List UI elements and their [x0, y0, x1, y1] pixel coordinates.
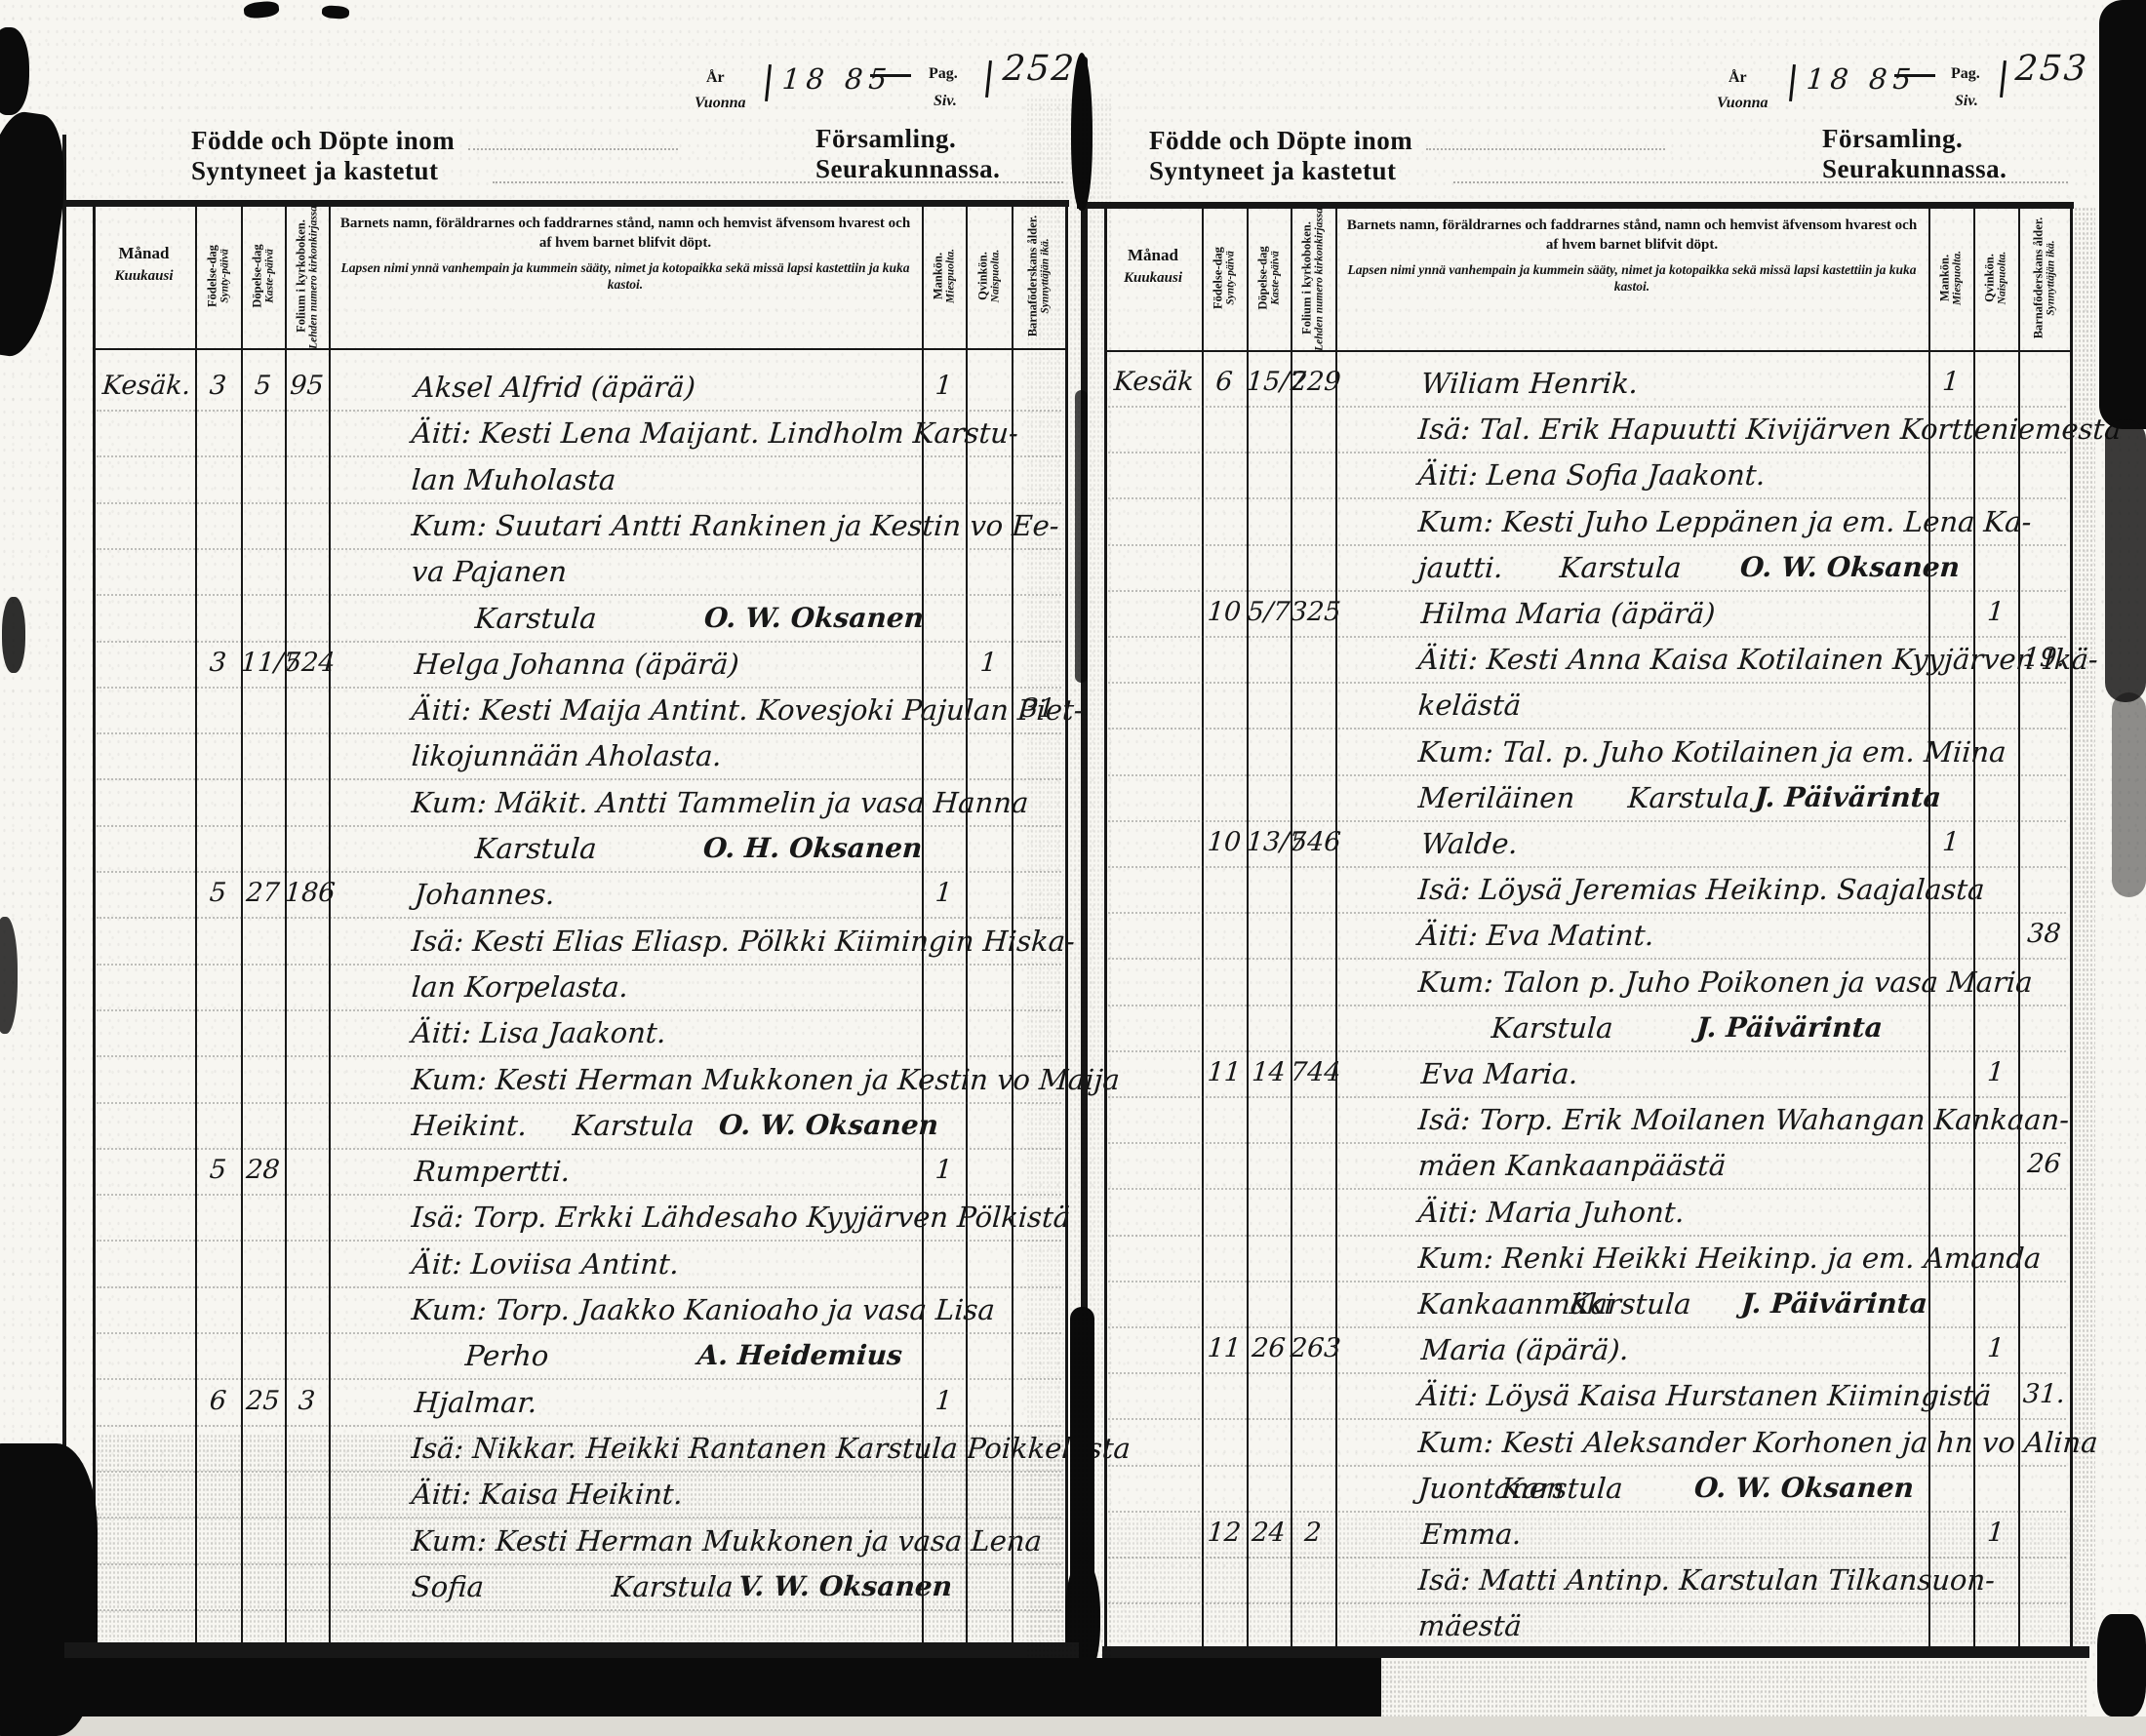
ruled-line	[97, 1009, 1061, 1011]
year-label-finnish: Vuonna	[695, 96, 745, 111]
table-column-line	[1335, 202, 1337, 1648]
ruled-line	[1108, 406, 2066, 408]
table-header-separator	[1104, 350, 2070, 352]
entry-baptism-day: 27	[240, 878, 286, 908]
entry-text-line: Isä: Löysä Jeremias Heikinp. Saajalasta	[1417, 873, 1986, 906]
ruled-line	[97, 871, 1061, 873]
entry-baptism-day: 15/7	[1246, 367, 1292, 397]
scan-artifact	[2099, 0, 2146, 429]
entry-male-mark: 1	[1927, 827, 1974, 857]
column-header-rotated: Födelse-dagSynty-päivä	[1202, 210, 1247, 346]
ruled-line	[1108, 912, 2066, 914]
column-header-rotated-text: Födelse-dagSynty-päivä	[205, 203, 231, 349]
entry-text-line: Äiti: Löysä Kaisa Hurstanen Kiimingistä	[1417, 1379, 1992, 1412]
table-column-line	[1247, 202, 1249, 1648]
column-header-sv: Barnets namn, föräldrarnes och faddrarne…	[1345, 216, 1919, 255]
entry-text-line: Karstula	[572, 1109, 695, 1142]
parish-heading-swedish: Församling.	[815, 125, 956, 153]
column-header-fi: Lapsen nimi ynnä vanhempain ja kummein s…	[1345, 261, 1919, 295]
brace-glyph	[2000, 60, 2007, 98]
ruled-line	[1108, 544, 2066, 546]
entry-text-line: Äiti: Maria Juhont.	[1417, 1196, 1686, 1229]
entry-text-line: Äiti: Kesti Maija Antint. Kovesjoki Paju…	[411, 693, 1085, 727]
table-column-line	[1291, 202, 1292, 1648]
column-header-fi: Kuukausi	[1104, 272, 1202, 285]
ruled-line	[97, 687, 1061, 689]
scan-artifact	[322, 5, 350, 20]
pen-stroke	[1894, 74, 1935, 77]
entry-text-line: Rumpertti.	[414, 1155, 572, 1188]
column-header-fi: Lehden numero kirkonkirjassa.	[1314, 205, 1327, 351]
entry-folio-number: 524	[284, 648, 330, 678]
table-column-line	[329, 200, 331, 1644]
table-bottom-border	[64, 1642, 1079, 1658]
page-label-swedish: Pag.	[929, 66, 958, 82]
column-header-fi: Lapsen nimi ynnä vanhempain ja kummein s…	[338, 259, 912, 293]
entry-text-line: Isä: Kesti Elias Eliasp. Pölkki Kiimingi…	[411, 925, 1076, 958]
entry-text-line: Äiti: Kesti Anna Kaisa Kotilainen Kyyjär…	[1417, 643, 2099, 676]
entry-birth-day: 5	[194, 1155, 242, 1185]
entry-baptism-day: 14	[1246, 1057, 1292, 1087]
scan-artifact	[2105, 419, 2146, 702]
entry-male-mark: 1	[921, 371, 967, 401]
entry-birth-day: 10	[1201, 827, 1248, 857]
parish-heading-swedish: Församling.	[1822, 125, 1963, 153]
column-header-fi: Naispuolta.	[989, 203, 1002, 349]
entry-text-line: Kum: Mäkit. Antti Tammelin ja vasa Hanna	[411, 786, 1030, 819]
scan-artifact	[2097, 1614, 2146, 1716]
scan-noise	[1026, 98, 1112, 1658]
scan-artifact	[243, 0, 279, 20]
entry-birth-day: 11	[1201, 1057, 1248, 1087]
column-header-sv: Barnaföderskans ålder.	[2031, 205, 2045, 351]
column-header-fi: Miespuolta.	[944, 203, 957, 349]
entry-text-line: Kum: Kesti Juho Leppänen ja em. Lena Ka-	[1417, 505, 2033, 538]
entry-text-line: Karstula	[1490, 1011, 1614, 1045]
column-header-rotated-text: Folium i kyrkoboken.Lehden numero kirkon…	[294, 203, 320, 349]
entry-folio-number: 263	[1290, 1333, 1336, 1363]
column-header-fi: Kaste-päivä	[1269, 205, 1282, 351]
entry-text-line: Isä: Torp. Erik Moilanen Wahangan Kankaa…	[1417, 1103, 2070, 1136]
entry-mother-age: 38	[2017, 919, 2071, 949]
entry-text-line: lan Muholasta	[411, 463, 617, 496]
scan-artifact	[2112, 692, 2146, 897]
year-value: 18 85	[1806, 62, 1918, 96]
entry-signature: J. Päivärinta	[1740, 1287, 1928, 1320]
column-header-sv: Månad	[93, 247, 195, 260]
entry-baptism-day: 5	[240, 371, 286, 401]
ruled-line	[1108, 774, 2066, 776]
entry-text-line: mäen Kankaanpäästä	[1417, 1149, 1728, 1182]
ruled-line	[1108, 1050, 2066, 1052]
ruled-line	[1108, 1465, 2066, 1467]
column-header-sv: Födelse-dag	[1212, 205, 1225, 351]
entry-signature: O. H. Oksanen	[702, 832, 924, 864]
column-header-sv: Barnets namn, föräldrarnes och faddrarne…	[338, 214, 912, 253]
ruled-line	[97, 1286, 1061, 1288]
column-header-fi: Lehden numero kirkonkirjassa.	[307, 203, 320, 349]
entry-text-line: Isä: Tal. Erik Hapuutti Kivijärven Kortt…	[1417, 413, 2123, 446]
ruled-line	[97, 1148, 1061, 1150]
column-header-fi: Synty-päivä	[1225, 205, 1238, 351]
column-header-month: MånadKuukausi	[1104, 249, 1202, 285]
brace-glyph	[765, 64, 772, 101]
entry-female-mark: 1	[965, 648, 1013, 678]
table-column-line	[285, 200, 287, 1644]
entry-mother-age: 26	[2017, 1149, 2071, 1179]
column-header-fi: Synty-päivä	[219, 203, 231, 349]
column-header-sv: Födelse-dag	[205, 203, 219, 349]
entry-text-line: Äiti: Eva Matint.	[1417, 919, 1655, 952]
entry-male-mark: 1	[1927, 367, 1974, 397]
page-label-swedish: Pag.	[1951, 66, 1980, 82]
header-rule	[468, 148, 678, 150]
entry-text-line: Hjalmar.	[414, 1386, 538, 1419]
year-label-swedish: År	[1729, 70, 1747, 86]
table-column-line	[93, 200, 96, 1644]
page-number: 253	[2014, 49, 2090, 89]
ruled-line	[97, 548, 1061, 550]
scan-artifact	[0, 27, 29, 115]
entry-text-line: va Pajanen	[411, 555, 569, 588]
ruled-line	[1108, 1188, 2066, 1190]
ruled-line	[1108, 497, 2066, 499]
table-header-separator	[93, 348, 1065, 350]
entry-male-mark: 1	[921, 878, 967, 908]
column-header-rotated: Födelse-dagSynty-päivä	[195, 208, 241, 344]
column-header-fi: Miespuolta.	[1952, 205, 1965, 351]
entry-text-line: Karstula	[474, 602, 598, 635]
ruled-line	[1108, 1372, 2066, 1374]
entry-text-line: Walde.	[1420, 827, 1519, 860]
parish-heading-finnish: Seurakunnassa.	[1822, 155, 2007, 183]
ruled-line	[97, 732, 1061, 734]
entry-text-line: Maria (äpärä).	[1420, 1333, 1630, 1366]
ruled-line	[97, 410, 1061, 412]
column-header-rotated-text: Qvinkön.Naispuolta.	[975, 203, 1002, 349]
year-value: 18 85	[781, 62, 894, 96]
ruled-line	[97, 825, 1061, 827]
register-title-swedish: Födde och Döpte inom	[191, 127, 455, 155]
column-header-rotated-text: Mankön.Miespuolta.	[1938, 205, 1965, 351]
entry-text-line: Kum: Renki Heikki Heikinp. ja em. Amanda	[1417, 1242, 2043, 1275]
entry-birth-day: 11	[1201, 1333, 1248, 1363]
ruled-line	[97, 917, 1061, 919]
table-column-line	[1202, 202, 1204, 1648]
entry-text-line: Äit: Loviisa Antint.	[411, 1247, 680, 1281]
ruled-line	[1108, 958, 2066, 960]
ruled-line	[1108, 636, 2066, 638]
column-header-rotated-text: Barnaföderskans ålder.Synnyttäjän ikä.	[2031, 205, 2057, 351]
entry-text-line: kelästä	[1417, 689, 1523, 722]
entry-text-line: Kum: Suutari Antti Rankinen ja Kestin vo…	[411, 509, 1060, 542]
ruled-line	[1108, 1005, 2066, 1006]
entry-text-line: jautti.	[1417, 551, 1504, 584]
entry-month: Kesäk.	[101, 371, 191, 401]
entry-text-line: Helga Johanna (äpärä)	[414, 648, 740, 681]
ruled-line	[97, 1194, 1061, 1196]
table-bottom-border	[1102, 1646, 2089, 1658]
entry-folio-number: 95	[284, 371, 330, 401]
ruled-line	[97, 1102, 1061, 1104]
ruled-line	[97, 455, 1061, 457]
entry-mother-age: 31.	[2017, 1379, 2071, 1409]
entry-signature: O. W. Oksanen	[1739, 551, 1961, 583]
entry-male-mark: 1	[921, 1155, 967, 1185]
entry-text-line: Wiliam Henrik.	[1420, 367, 1640, 400]
entry-folio-number: 229	[1290, 367, 1336, 397]
brace-glyph	[985, 60, 992, 98]
column-header-rotated: Folium i kyrkoboken.Lehden numero kirkon…	[285, 208, 329, 344]
column-header-rotated: Mankön.Miespuolta.	[1928, 210, 1973, 346]
entry-baptism-day: 11/7	[240, 648, 286, 678]
entry-birth-day: 6	[1201, 367, 1248, 397]
table-column-line	[195, 200, 197, 1644]
entry-baptism-day: 25	[240, 1386, 286, 1416]
column-header-sv: Folium i kyrkoboken.	[294, 203, 307, 349]
entry-baptism-day: 5/7	[1246, 597, 1292, 627]
column-header-rotated-text: Födelse-dagSynty-päivä	[1212, 205, 1238, 351]
column-header-sv: Qvinkön.	[1983, 205, 1997, 351]
column-header-sv: Mankön.	[1938, 205, 1952, 351]
column-header-sv: Mankön.	[931, 203, 944, 349]
entry-female-mark: 1	[1972, 1057, 2019, 1087]
entry-birth-day: 10	[1201, 597, 1248, 627]
ruled-line	[1108, 866, 2066, 868]
table-column-line	[241, 200, 243, 1644]
column-header-rotated-text: Döpelse-dagKaste-päivä	[250, 203, 276, 349]
ruled-line	[97, 964, 1061, 966]
entry-folio-number: 546	[1290, 827, 1336, 857]
entry-baptism-day: 28	[240, 1155, 286, 1185]
entry-birth-day: 3	[194, 648, 242, 678]
year-label-swedish: År	[706, 70, 725, 86]
ruled-line	[97, 1332, 1061, 1334]
ruled-line	[1108, 1235, 2066, 1237]
pen-stroke	[870, 74, 911, 77]
column-header-rotated-text: Qvinkön.Naispuolta.	[1983, 205, 2009, 351]
entry-text-line: Karstula	[1559, 551, 1683, 584]
entry-birth-day: 6	[194, 1386, 242, 1416]
ruled-line	[97, 502, 1061, 504]
entry-signature: J. Päivärinta	[1695, 1011, 1884, 1044]
column-header-child-name: Barnets namn, föräldrarnes och faddrarne…	[1345, 216, 1919, 295]
header-rule	[1426, 148, 1665, 150]
column-header-month: MånadKuukausi	[93, 247, 195, 283]
register-title-finnish: Syntyneet ja kastetut	[191, 157, 439, 185]
page-label-finnish: Siv.	[934, 94, 957, 109]
entry-baptism-day: 13/7	[1246, 827, 1292, 857]
column-header-rotated: Döpelse-dagKaste-päivä	[1247, 210, 1291, 346]
page-label-finnish: Siv.	[1955, 94, 1978, 109]
entry-text-line: Karstula	[1569, 1287, 1692, 1321]
column-header-rotated: Mankön.Miespuolta.	[922, 208, 966, 344]
ruled-line	[1108, 820, 2066, 822]
entry-text-line: Karstula	[1500, 1472, 1624, 1505]
brace-glyph	[1789, 64, 1796, 101]
ruled-line	[1108, 728, 2066, 730]
entry-female-mark: 1	[1972, 597, 2019, 627]
entry-baptism-day: 26	[1246, 1333, 1292, 1363]
column-header-child-name: Barnets namn, föräldrarnes och faddrarne…	[338, 214, 912, 293]
register-title-finnish: Syntyneet ja kastetut	[1149, 157, 1397, 185]
ruled-line	[1108, 1511, 2066, 1513]
column-header-rotated-text: Folium i kyrkoboken.Lehden numero kirkon…	[1300, 205, 1327, 351]
entry-birth-day: 5	[194, 878, 242, 908]
entry-text-line: Kum: Kesti Herman Mukkonen ja Kestin vo …	[411, 1063, 1121, 1096]
column-header-sv: Döpelse-dag	[250, 203, 263, 349]
parish-heading-finnish: Seurakunnassa.	[815, 155, 1000, 183]
column-header-rotated: Folium i kyrkoboken.Lehden numero kirkon…	[1291, 210, 1335, 346]
column-header-fi: Naispuolta.	[1997, 205, 2009, 351]
entry-text-line: Isä: Torp. Erkki Lähdesaho Kyyjärven Pöl…	[411, 1201, 1071, 1234]
ruled-line	[1108, 1096, 2066, 1098]
ruled-line	[1108, 452, 2066, 454]
entry-signature: A. Heidemius	[696, 1339, 903, 1371]
ruled-line	[1108, 1142, 2066, 1144]
column-header-sv: Döpelse-dag	[1255, 205, 1269, 351]
column-header-sv: Qvinkön.	[975, 203, 989, 349]
ruled-line	[97, 1378, 1061, 1380]
entry-female-mark: 1	[1972, 1333, 2019, 1363]
scan-artifact	[0, 917, 18, 1034]
entry-text-line: Heikint.	[411, 1109, 529, 1142]
scan-artifact-page-edge	[62, 135, 66, 1662]
column-header-sv: Månad	[1104, 249, 1202, 262]
ruled-line	[1108, 1326, 2066, 1328]
entry-signature: J. Päivärinta	[1754, 781, 1942, 813]
entry-text-line: Johannes.	[414, 878, 556, 911]
entry-text-line: Aksel Alfrid (äpärä)	[414, 371, 696, 404]
scanned-register-page: Födde och Döpte inom Syntyneet ja kastet…	[0, 0, 2146, 1716]
scan-noise	[1104, 1517, 2080, 1643]
entry-month: Kesäk	[1113, 367, 1195, 397]
entry-text-line: Meriläinen	[1417, 781, 1576, 814]
entry-text-line: Eva Maria.	[1420, 1057, 1579, 1090]
ruled-line	[1108, 1281, 2066, 1282]
column-header-fi: Kaste-päivä	[263, 203, 276, 349]
entry-text-line: Äiti: Lisa Jaakont.	[411, 1016, 667, 1049]
scan-artifact-bottom-band	[45, 1658, 1381, 1716]
ruled-line	[1108, 1418, 2066, 1420]
entry-text-line: Kum: Kesti Aleksander Korhonen ja hn vo …	[1417, 1426, 2099, 1459]
year-label-finnish: Vuonna	[1717, 96, 1768, 111]
entry-text-line: Äiti: Lena Sofia Jaakont.	[1417, 458, 1767, 492]
scan-artifact	[1381, 1660, 2087, 1716]
entry-text-line: Karstula	[474, 832, 598, 865]
scan-noise	[93, 1434, 1068, 1640]
entry-text-line: likojunnään Aholasta.	[411, 739, 723, 772]
entry-text-line: Kum: Tal. p. Juho Kotilainen ja em. Miin…	[1417, 735, 2007, 769]
ruled-line	[97, 1055, 1061, 1057]
register-title-swedish: Födde och Döpte inom	[1149, 127, 1412, 155]
ruled-line	[97, 1240, 1061, 1242]
entry-text-line: Kum: Torp. Jaakko Kanioaho ja vasa Lisa	[411, 1293, 996, 1326]
entry-signature: O. W. Oksanen	[703, 602, 925, 634]
entry-text-line: Perho	[464, 1339, 550, 1372]
entry-signature: O. W. Oksanen	[718, 1109, 939, 1141]
ruled-line	[1108, 590, 2066, 592]
entry-text-line: Äiti: Kesti Lena Maijant. Lindholm Karst…	[411, 416, 1019, 450]
column-header-sv: Folium i kyrkoboken.	[1300, 205, 1314, 351]
column-header-rotated: Qvinkön.Naispuolta.	[1973, 210, 2018, 346]
ruled-line	[97, 778, 1061, 780]
entry-male-mark: 1	[921, 1386, 967, 1416]
scan-noise	[2070, 207, 2095, 1645]
column-header-rotated: Qvinkön.Naispuolta.	[966, 208, 1012, 344]
entry-signature: O. W. Oksanen	[1693, 1472, 1915, 1504]
ruled-line	[97, 1425, 1061, 1427]
entry-text-line: Kum: Talon p. Juho Poikonen ja vasa Mari…	[1417, 966, 2034, 999]
entry-folio-number: 744	[1290, 1057, 1336, 1087]
column-header-fi: Kuukausi	[93, 270, 195, 283]
entry-folio-number: 3	[284, 1386, 330, 1416]
column-header-rotated-text: Mankön.Miespuolta.	[931, 203, 957, 349]
column-header-fi: Synnyttäjän ikä.	[2045, 205, 2057, 351]
scan-artifact	[2, 597, 25, 673]
column-header-rotated: Barnaföderskans ålder.Synnyttäjän ikä.	[2018, 210, 2070, 346]
column-header-rotated-text: Döpelse-dagKaste-päivä	[1255, 205, 1282, 351]
entry-birth-day: 3	[194, 371, 242, 401]
entry-folio-number: 186	[284, 878, 330, 908]
entry-text-line: Karstula	[1627, 781, 1751, 814]
page-number: 252	[1002, 49, 1078, 89]
entry-text-line: lan Korpelasta.	[411, 970, 629, 1004]
ruled-line	[97, 641, 1061, 643]
ruled-line	[97, 594, 1061, 596]
entry-folio-number: 325	[1290, 597, 1336, 627]
entry-text-line: Hilma Maria (äpärä)	[1420, 597, 1717, 630]
ruled-line	[1108, 682, 2066, 684]
column-header-rotated: Döpelse-dagKaste-päivä	[241, 208, 285, 344]
